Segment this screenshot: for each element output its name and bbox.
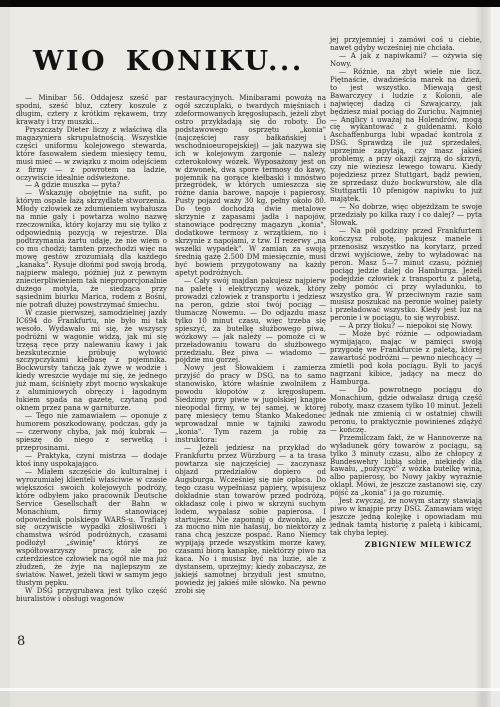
magazine-page: WIO KONIKU... — Minibar 56. Oddajesz sze…: [0, 0, 500, 707]
paragraph: W czasie pierwszej, samodzielnej jazdy I…: [16, 310, 167, 413]
paragraph: — Cały swój majdan pakujesz najpierw na …: [175, 278, 326, 365]
paragraph: restauracyjnych. Minibarami powożą na og…: [175, 95, 326, 278]
paragraph: — Wskazuję obojętnie na sufit, po którym…: [16, 190, 167, 309]
scan-edge-shade-right: [475, 7, 491, 707]
paragraph: W DSG przygrubawa jest tylko część biura…: [16, 588, 167, 604]
paragraph: — Jeżeli jedziesz na przykład do Frankfu…: [175, 445, 326, 596]
paragraph: Przemilczam fakt, że w Hannoverze na wył…: [330, 435, 482, 499]
page-number: 8: [17, 634, 25, 649]
text-column-3: jej przyjemniej i zamówi coś u ciebie, n…: [330, 37, 482, 549]
scan-bottom-area: [0, 691, 500, 707]
paragraph: — A jak z napiwkami? — ożywia się Nowy.: [330, 53, 482, 69]
paragraph: — Różnie, na zbyt wiele nie licz. Piętna…: [330, 69, 482, 204]
scan-edge-strip: [491, 7, 500, 707]
paragraph: — Minibar 56. Oddajesz sześć par spodni,…: [16, 95, 167, 127]
text-column-1: — Minibar 56. Oddajesz sześć par spodni,…: [16, 95, 167, 604]
paragraph: Jest zwyczaj, że nowym starzy stawiają p…: [330, 498, 482, 538]
paragraph: Nowy jest Słowakiem i zamierza przyjść d…: [175, 365, 326, 445]
paragraph: — Tego nie zamawiałem — oponuje z humore…: [16, 413, 167, 453]
page-top-rule: [0, 0, 500, 7]
text-column-2: restauracyjnych. Minibarami powożą na og…: [175, 95, 326, 596]
paragraph: Pryszczaty Dieter liczy z właściwą dla m…: [16, 127, 167, 183]
article-title: WIO KONIKU...: [33, 46, 304, 77]
paragraph: — Praktyka, czyni mistrza — dodaje ktoś …: [16, 453, 167, 469]
paragraph: jej przyjemniej i zamówi coś u ciebie, n…: [330, 37, 482, 53]
scan-edge-shade-left: [0, 0, 10, 707]
paragraph: — Miałem szczęście do kulturalnej i wyro…: [16, 469, 167, 588]
paragraph: — Może być różnie — odpowiadam wymijając…: [330, 331, 482, 387]
paragraph: — Na pół godziny przed Frankfurtem kończ…: [330, 228, 482, 323]
text-column-3-body: jej przyjemniej i zamówi coś u ciebie, n…: [330, 37, 482, 538]
paragraph: — No dobrze, więc objeżdżam te swoje prz…: [330, 204, 482, 228]
paragraph: — Do powrotnego pociągu do Monachium, gd…: [330, 387, 482, 435]
article-author: ZBIGNIEW MILEWICZ: [330, 541, 482, 549]
